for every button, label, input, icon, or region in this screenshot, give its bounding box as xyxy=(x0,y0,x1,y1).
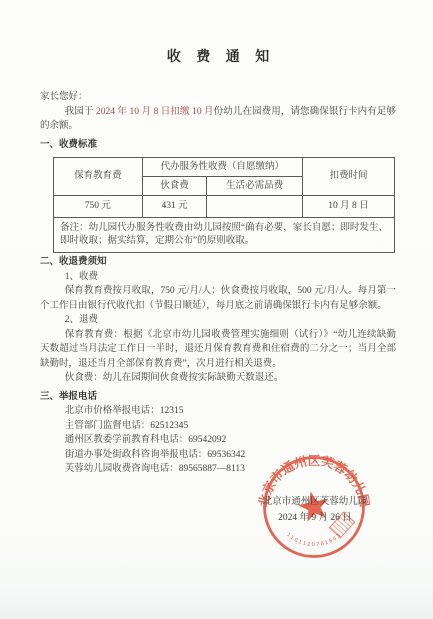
intro-deduction-date: 2024 年 10 月 8 日扣缴 10 月 xyxy=(96,107,214,117)
header-care-fee: 保育教育费 xyxy=(54,158,143,196)
cell-deduct-date-value: 10 月 8 日 xyxy=(302,196,394,218)
refund-body-care-fee: 保育教育费：根据《北京市幼儿园收费管理实施细则（试行）》“幼儿连续缺勤天数超过当… xyxy=(40,328,396,372)
signature-block: 北京市通州区芙蓉幼儿园 2024 年 9 月 26 日 xyxy=(237,494,393,526)
cell-care-fee-value: 750 元 xyxy=(54,196,143,218)
svg-text:1101120781843: 1101120781843 xyxy=(285,532,343,548)
hotline-city-price: 北京市价格举报电话：12315 xyxy=(40,404,396,419)
table-remark-row: 备注：幼儿园代办服务性收费由幼儿园按照“确有必要，家长自愿；即时发生、即时收取；… xyxy=(54,218,395,253)
section-heading-hotlines: 三、举报电话 xyxy=(40,390,396,405)
hotline-street-office: 街道办事处街政科咨询举报电话：69536342 xyxy=(40,448,396,463)
header-meal-fee: 伙食费 xyxy=(142,177,207,196)
charge-subheading: 1、收费 xyxy=(40,270,396,285)
hotline-supervisor: 主管部门监督电话：62512345 xyxy=(40,419,396,434)
signature-date: 2024 年 9 月 26 日 xyxy=(237,510,393,526)
table-remark: 备注：幼儿园代办服务性收费由幼儿园按照“确有必要，家长自愿；即时发生、即时收取；… xyxy=(54,218,395,253)
intro-prefix: 我园于 xyxy=(65,107,96,117)
document-content: 收 费 通 知 家长您好： 我园于 2024 年 10 月 8 日扣缴 10 月… xyxy=(40,48,396,477)
cell-meal-fee-value: 431 元 xyxy=(142,196,207,218)
cell-necessities-fee-value xyxy=(207,196,302,218)
header-necessities-fee: 生活必需品费 xyxy=(207,177,302,196)
page-title: 收 费 通 知 xyxy=(40,48,396,68)
table-data-row: 750 元 431 元 10 月 8 日 xyxy=(54,196,395,218)
charge-body: 保育教育费按月收取，750 元/月/人；伙食费按月收取，500 元/月/人。每月… xyxy=(40,284,396,313)
salutation: 家长您好： xyxy=(40,90,396,105)
table-header-row-1: 保育教育费 代办服务性收费（自愿缴纳） 扣费时间 xyxy=(54,158,395,177)
section-heading-notice: 二、收退费须知 xyxy=(40,255,396,270)
refund-body-meal-fee: 伙食费：幼儿在园期间伙食费按实际缺勤天数退还。 xyxy=(40,371,396,386)
hotline-kindergarten: 芙蓉幼儿园收费咨询电话：89565887—8113 xyxy=(40,462,396,477)
fee-standard-table: 保育教育费 代办服务性收费（自愿缴纳） 扣费时间 伙食费 生活必需品费 750 … xyxy=(53,157,395,253)
signature-org-name: 北京市通州区芙蓉幼儿园 xyxy=(237,494,393,510)
intro-paragraph: 我园于 2024 年 10 月 8 日扣缴 10 月份幼儿在园费用，请您确保银行… xyxy=(40,105,396,134)
header-agency-group: 代办服务性收费（自愿缴纳） xyxy=(142,158,302,177)
hotline-education-dept: 通州区教委学前教育科电话：69542092 xyxy=(40,433,396,448)
header-deduct-time: 扣费时间 xyxy=(302,158,394,196)
section-heading-fee-standard: 一、收费标准 xyxy=(40,138,396,153)
notice-document-page: 收 费 通 知 家长您好： 我园于 2024 年 10 月 8 日扣缴 10 月… xyxy=(0,0,433,619)
refund-subheading: 2、退费 xyxy=(40,313,396,328)
seal-serial-number: 1101120781843 xyxy=(285,532,343,548)
